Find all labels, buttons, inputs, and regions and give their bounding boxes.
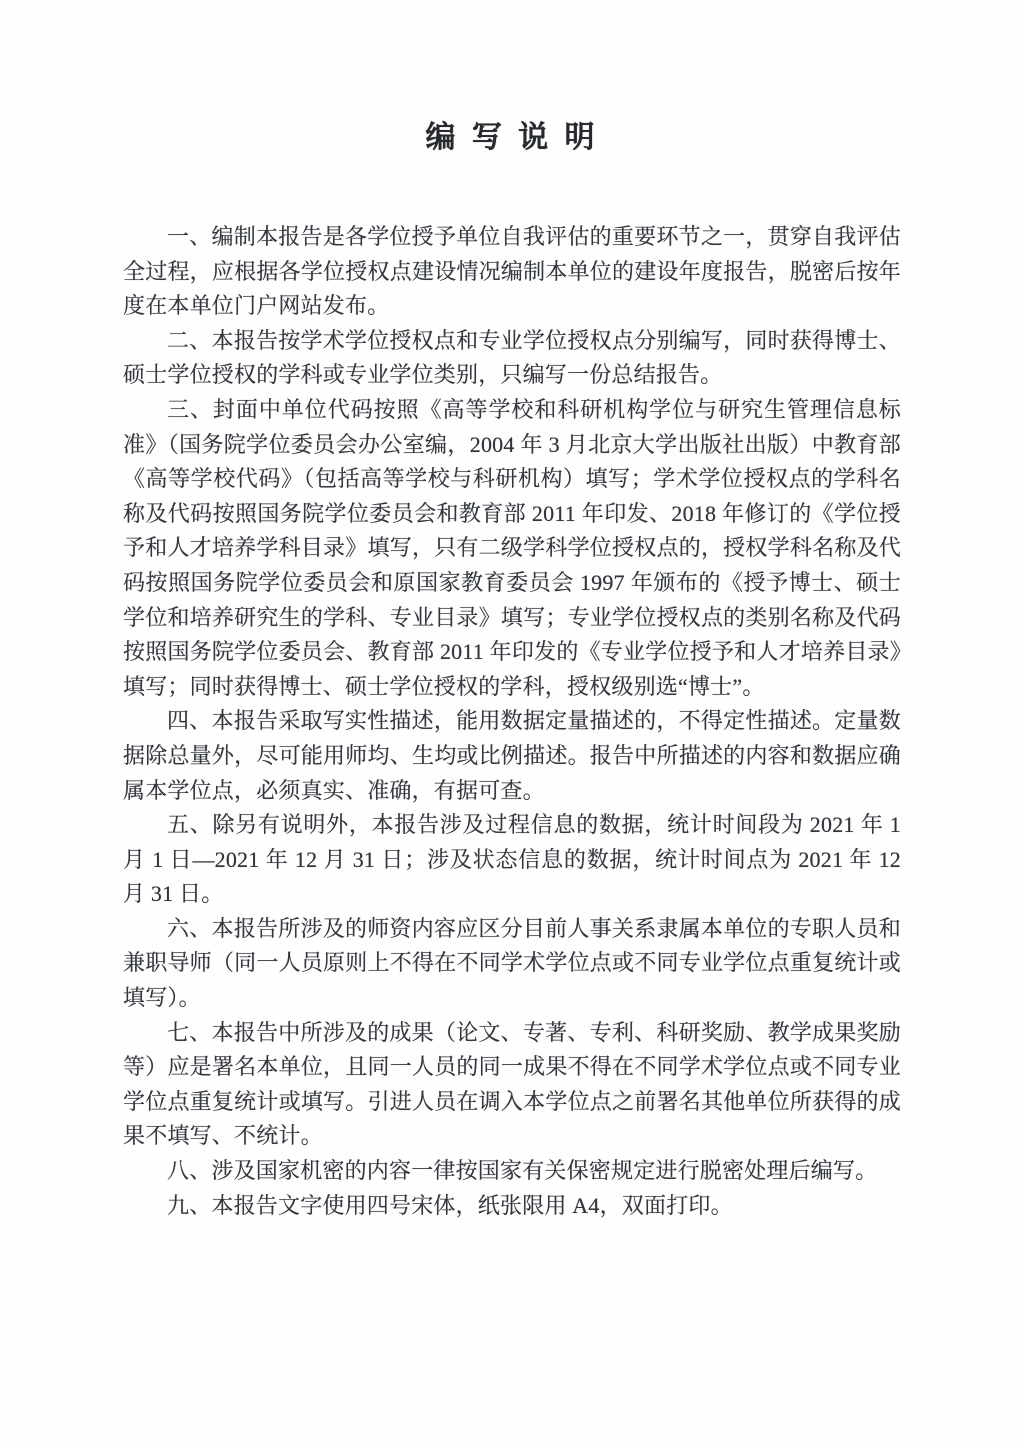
instruction-paragraph-9: 九、本报告文字使用四号宋体，纸张限用 A4，双面打印。 <box>123 1189 901 1224</box>
document-page: 编 写 说 明 一、编制本报告是各学位授予单位自我评估的重要环节之一，贯穿自我评… <box>0 0 1024 1448</box>
instruction-paragraph-3: 三、封面中单位代码按照《高等学校和科研机构学位与研究生管理信息标准》（国务院学位… <box>123 393 901 704</box>
instruction-paragraph-7: 七、本报告中所涉及的成果（论文、专著、专利、科研奖励、教学成果奖励等）应是署名本… <box>123 1016 901 1154</box>
instruction-paragraph-4: 四、本报告采取写实性描述，能用数据定量描述的，不得定性描述。定量数据除总量外，尽… <box>123 704 901 808</box>
instruction-paragraph-1: 一、编制本报告是各学位授予单位自我评估的重要环节之一，贯穿自我评估全过程，应根据… <box>123 220 901 324</box>
document-body: 一、编制本报告是各学位授予单位自我评估的重要环节之一，贯穿自我评估全过程，应根据… <box>123 220 901 1223</box>
instruction-paragraph-8: 八、涉及国家机密的内容一律按国家有关保密规定进行脱密处理后编写。 <box>123 1154 901 1189</box>
instruction-paragraph-5: 五、除另有说明外，本报告涉及过程信息的数据，统计时间段为 2021 年 1 月 … <box>123 808 901 912</box>
instruction-paragraph-6: 六、本报告所涉及的师资内容应区分目前人事关系隶属本单位的专职人员和兼职导师（同一… <box>123 912 901 1016</box>
page-title: 编 写 说 明 <box>0 0 1024 154</box>
instruction-paragraph-2: 二、本报告按学术学位授权点和专业学位授权点分别编写，同时获得博士、硕士学位授权的… <box>123 324 901 393</box>
